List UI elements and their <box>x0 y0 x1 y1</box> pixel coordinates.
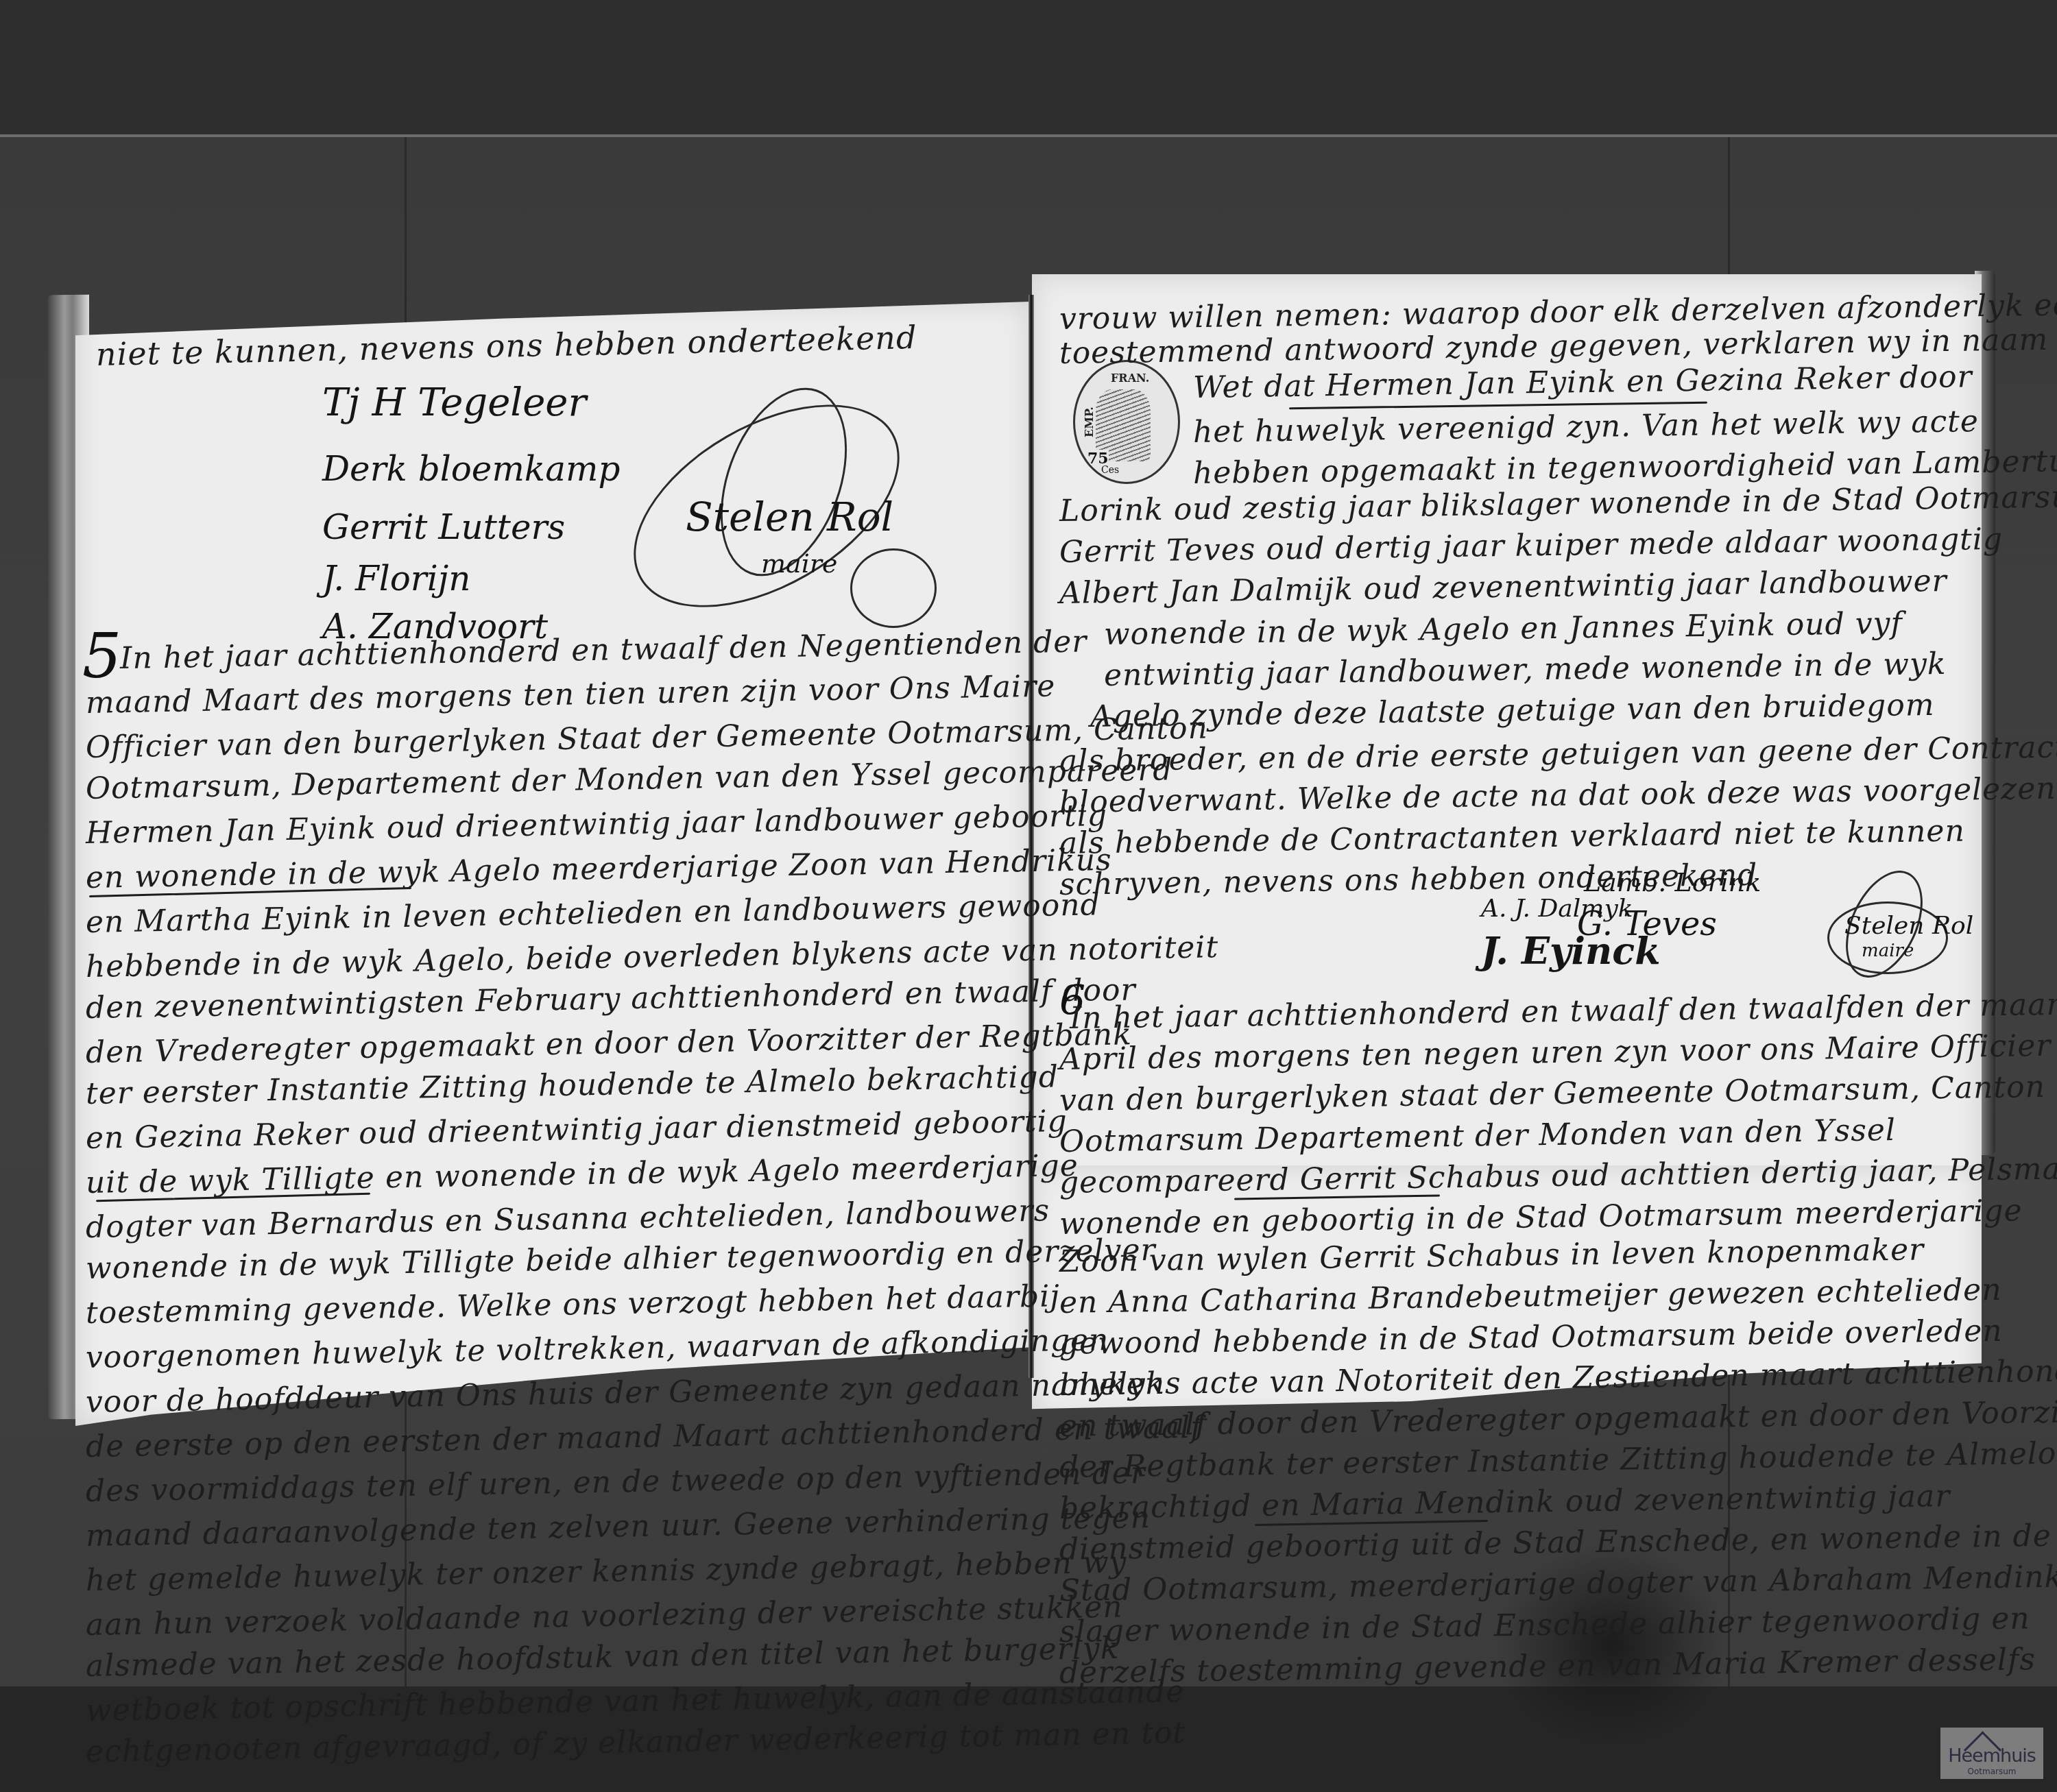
watermark-subtitle: Ootmarsum <box>1940 1767 2043 1776</box>
signature-flourish <box>850 548 937 628</box>
signature: J. Florijn <box>322 559 470 598</box>
watermark-name: Heemhuis <box>1940 1745 2043 1767</box>
scan-background-top <box>0 0 2057 137</box>
french-empire-tax-stamp: FRAN. EMP. 75 Ces <box>1073 360 1180 484</box>
signature: Tj H Tegeleer <box>322 380 586 425</box>
scan-background-divider <box>0 134 2057 137</box>
signature: Gerrit Lutters <box>322 507 565 547</box>
signature: Derk bloemkamp <box>322 449 620 489</box>
record-number: 5 <box>82 620 121 692</box>
mayor-title: maire <box>1862 941 1914 961</box>
mayor-title: maire <box>761 548 838 579</box>
stamp-side-text: EMP. <box>1083 407 1096 437</box>
signature: J. Eyinck <box>1481 929 1661 973</box>
signature: Lamb. Lorink <box>1584 867 1761 897</box>
mayor-signature: Stelen Rol <box>686 494 893 540</box>
stamp-unit: Ces <box>1101 465 1119 476</box>
heemhuis-watermark: Heemhuis Ootmarsum <box>1940 1728 2043 1779</box>
mayor-signature: Stelen Rol <box>1844 912 1973 940</box>
stamp-top-text: FRAN. <box>1111 372 1149 385</box>
